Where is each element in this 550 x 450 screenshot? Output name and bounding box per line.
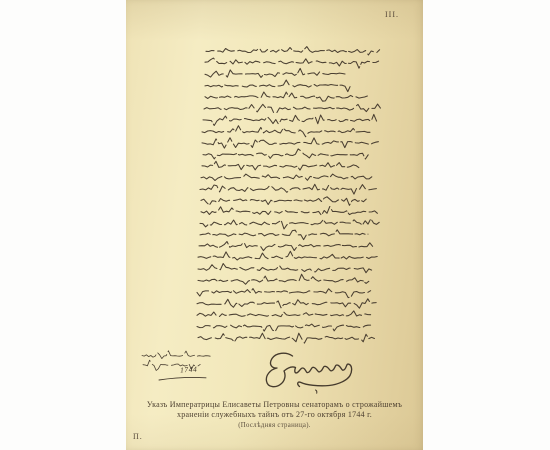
book-page <box>126 0 423 450</box>
printer-signature-mark: П. <box>133 432 143 441</box>
caption-line-3: (Послѣдняя страница). <box>126 421 423 430</box>
date-note-year: 1744 <box>180 364 198 374</box>
caption-line-1: Указъ Императрицы Елисаветы Петровны сен… <box>126 400 423 410</box>
caption-line-2: храненіи служебныхъ тайнъ отъ 27-го октя… <box>126 410 423 420</box>
plate-number: III. <box>385 10 399 19</box>
caption: Указъ Императрицы Елисаветы Петровны сен… <box>126 400 423 430</box>
photograph-of-book-page: III. 1744 Указъ Императрицы Елисаветы Пе… <box>0 0 550 450</box>
